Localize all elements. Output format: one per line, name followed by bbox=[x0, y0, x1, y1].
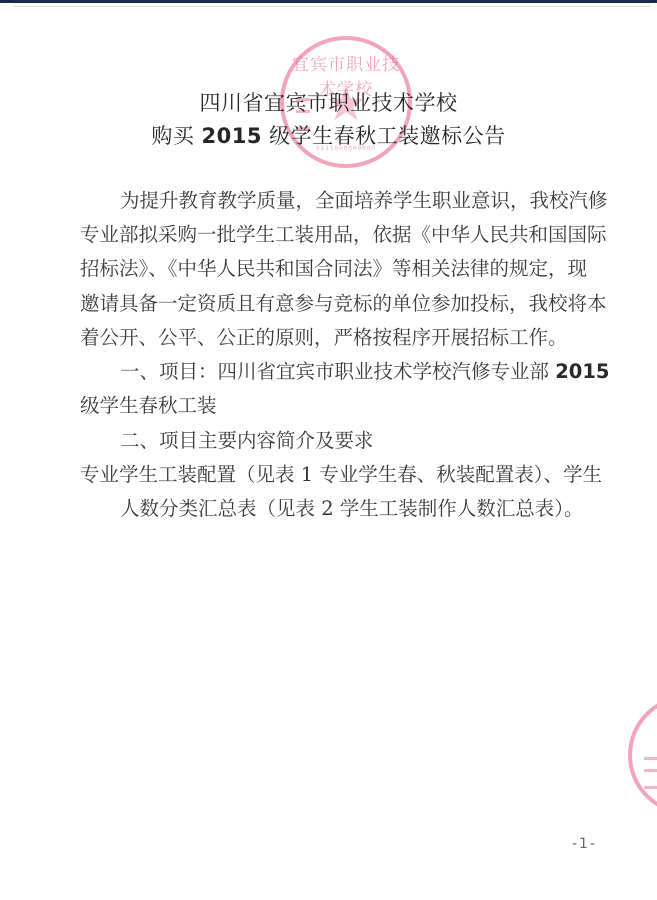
intro-line: 着公开、公平、公正的原则，严格按程序开展招标工作。 bbox=[80, 322, 568, 350]
page-number: -1- bbox=[572, 836, 597, 852]
section2-heading: 二、项目主要内容简介及要求 bbox=[120, 425, 374, 453]
title-prefix: 购买 bbox=[151, 124, 194, 148]
title-year: 2015 bbox=[202, 124, 262, 148]
intro-line: 为提升教育教学质量，全面培养学生职业意识，我校汽修 bbox=[120, 185, 608, 213]
intro-line: 专业部拟采购一批学生工装用品，依据《中华人民共和国国际 bbox=[80, 219, 607, 247]
section1-continuation: 级学生春秋工装 bbox=[80, 390, 217, 418]
document-title-line1: 四川省宜宾市职业技术学校 bbox=[0, 87, 657, 117]
section2-detail-line: 专业学生工装配置（见表 1 专业学生春、秋装配置表）、学生 bbox=[80, 459, 602, 487]
intro-line: 邀请具备一定资质且有意参与竞标的单位参加投标，我校将本 bbox=[80, 288, 607, 316]
official-seal-stamp-partial: ★ bbox=[628, 695, 657, 815]
scan-top-line bbox=[14, 6, 650, 7]
title-suffix: 级学生春秋工装邀标公告 bbox=[269, 124, 506, 148]
document-title-line2: 购买 2015 级学生春秋工装邀标公告 bbox=[0, 120, 657, 150]
section1-year: 2015 bbox=[555, 360, 609, 383]
seal-bars-icon bbox=[644, 757, 657, 789]
section1-text: 一、项目：四川省宜宾市职业技术学校汽修专业部 bbox=[120, 360, 549, 383]
scan-top-edge bbox=[0, 0, 657, 3]
intro-line: 招标法》、《中华人民共和国合同法》等相关法律的规定，现 bbox=[80, 253, 587, 281]
section1-heading: 一、项目：四川省宜宾市职业技术学校汽修专业部 2015 bbox=[120, 356, 610, 384]
section2-detail-line: 人数分类汇总表（见表 2 学生工装制作人数汇总表）。 bbox=[120, 493, 584, 521]
